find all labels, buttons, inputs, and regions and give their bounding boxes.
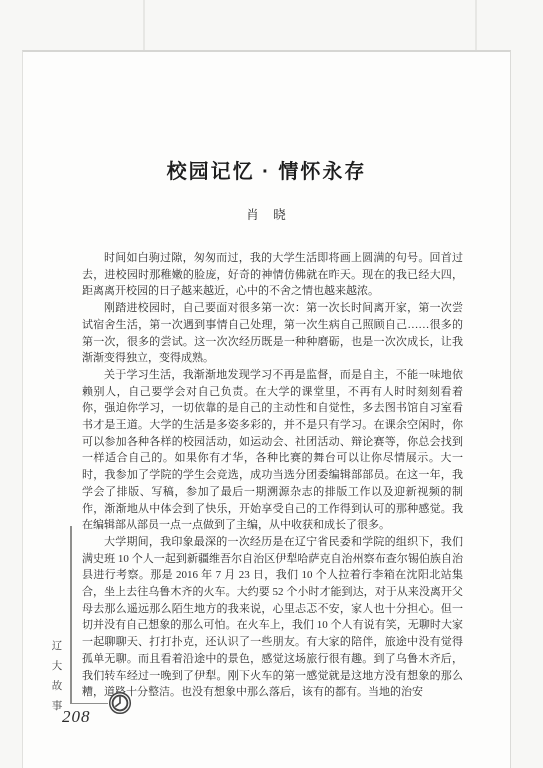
sidebar-vertical-rule [70,526,72,704]
page-edge-artifact [143,0,145,51]
page-edge-artifact [475,0,477,51]
sidebar-char: 大 [52,658,63,673]
paragraph: 时间如白驹过隙，匆匆而过，我的大学生活即将画上圆满的句号。回首过去，进校园时那稚… [82,250,463,300]
clock-icon [107,690,133,716]
essay-title: 校园记忆 · 情怀永存 [63,155,470,184]
series-sidebar-label: 辽 大 故 事 [50,638,64,713]
essay-author: 肖 晓 [63,205,470,223]
paragraph: 大学期间，我印象最深的一次经历是在辽宁省民委和学院的组织下，我们满史班 10 个… [82,534,463,701]
page-number: 208 [62,707,91,727]
sidebar-char: 故 [52,678,63,693]
essay-body: 时间如白驹过隙，匆匆而过，我的大学生活即将画上圆满的句号。回首过去，进校园时那稚… [82,250,463,701]
sidebar-char: 辽 [52,638,63,653]
sidebar-char: 事 [52,698,63,713]
paragraph: 刚踏进校园时，自己要面对很多第一次：第一次长时间离开家，第一次尝试宿舍生活，第一… [82,300,463,367]
paragraph: 关于学习生活，我渐渐地发现学习不再是监督，而是自主，不能一味地依赖别人，自己要学… [82,367,463,534]
scanned-book-page: 校园记忆 · 情怀永存 肖 晓 时间如白驹过隙，匆匆而过，我的大学生活即将画上圆… [0,0,543,768]
book-page: 校园记忆 · 情怀永存 肖 晓 时间如白驹过隙，匆匆而过，我的大学生活即将画上圆… [22,50,511,768]
sidebar-horizontal-rule [70,703,108,705]
